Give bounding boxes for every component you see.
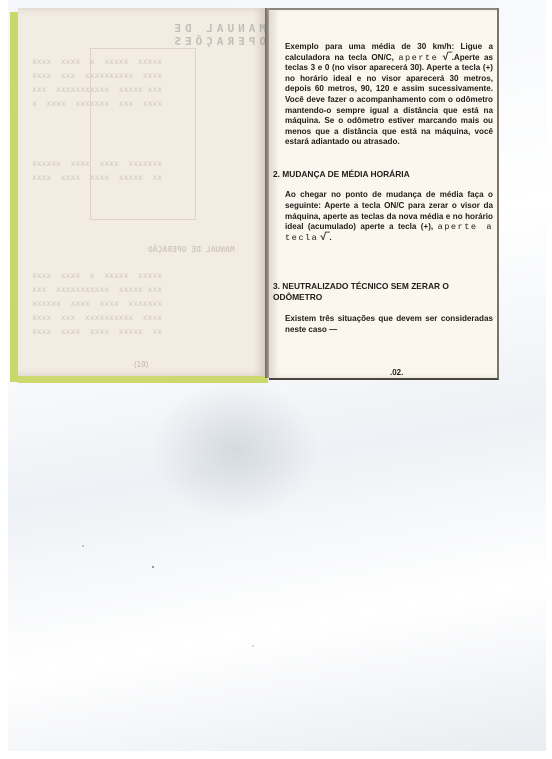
- green-cover-edge: [10, 12, 18, 382]
- bleed-through-line: xxx xxxxx xxxxxxxxxxx xxx: [32, 284, 162, 295]
- scan-shadow: [150, 380, 320, 520]
- bleed-through-line: xxx xxxxx xxxxxxxxxxx xxx: [32, 84, 162, 95]
- left-page-number: (19): [134, 360, 148, 369]
- scan-speck: [152, 566, 154, 568]
- top-rule: [269, 8, 497, 10]
- green-cover-bottom: [18, 376, 268, 383]
- bleed-through-line: xxxxx xxxxx x xxxx xxxx: [32, 56, 162, 67]
- bleed-through-line: xx xxxxx xxxx xxxx xxxx: [32, 172, 162, 183]
- page-content: Exemplo para uma média de 30 km/h: Ligue…: [285, 42, 493, 336]
- bleed-through-line: xxxx xxxxxxxxxx xxx xxxx: [32, 312, 162, 323]
- bleed-through-title: MANUAL DE OPERAÇÕES: [68, 22, 266, 48]
- bleed-through-line: xxxx xxx xxxxxxx xxxx x: [32, 98, 162, 109]
- section-3-paragraph: Existem três situações que devem ser con…: [285, 314, 493, 335]
- scan-speck: [82, 545, 84, 547]
- section-2-end: .: [329, 233, 331, 242]
- open-booklet: MANUAL DE OPERAÇÕES xxxxx xxxxx x xxxx x…: [10, 6, 502, 384]
- square-root-key-icon: √‾: [443, 52, 452, 63]
- bleed-through-line: xxxxx xxxxx x xxxx xxxx: [32, 270, 162, 281]
- bleed-through-line: xxxxxxx xxxx xxxx xxxxxx: [32, 158, 162, 169]
- bleed-through-line: xxxxxxx xxxx xxxx xxxxxx: [32, 298, 162, 309]
- bleed-through-line: xx xxxxx xxxx xxxx xxxx: [32, 326, 162, 337]
- intro-paragraph: Exemplo para uma média de 30 km/h: Ligue…: [285, 42, 493, 148]
- right-page-number: .02.: [390, 368, 403, 377]
- typed-annotation: aperte: [398, 53, 438, 63]
- bleed-through-heading: MANUAL DE OPERAÇÃO: [148, 244, 235, 255]
- bleed-through-line: xxxx xxxxxxxxxx xxx xxxx: [32, 70, 162, 81]
- section-3-heading: 3. NEUTRALIZADO TÉCNICO SEM ZERAR O ODÔM…: [273, 281, 493, 302]
- left-page: MANUAL DE OPERAÇÕES xxxxx xxxxx x xxxx x…: [18, 8, 266, 376]
- section-2-paragraph: Ao chegar no ponto de mudança de média f…: [285, 190, 493, 243]
- right-page: Exemplo para uma média de 30 km/h: Ligue…: [269, 8, 499, 380]
- scan-speck: [252, 645, 254, 647]
- intro-text-b: .Aperte as teclas 3 e 0 (no visor aparec…: [285, 53, 493, 147]
- section-2-heading: 2. MUDANÇA DE MÉDIA HORÁRIA: [273, 169, 493, 180]
